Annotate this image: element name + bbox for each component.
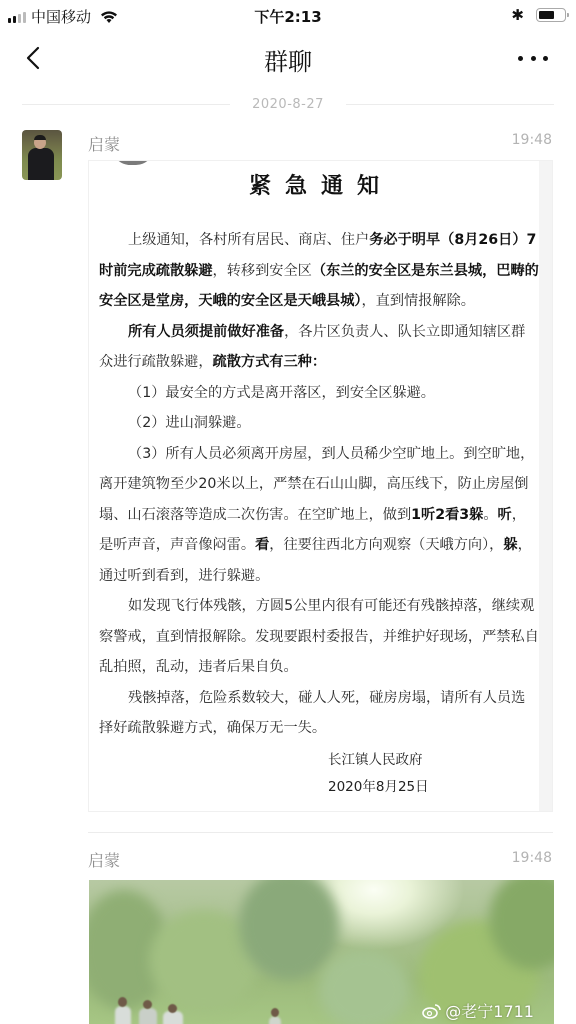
document-paragraph: 残骸掉落，危险系数较大，碰人人死，碰房房塌，请所有人员选择好疏散躲避方式，确保万… (99, 683, 539, 744)
document-paragraph: （3）所有人员必须离开房屋，到人员稀少空旷地上。到空旷地，离开建筑物至少20米以… (99, 439, 539, 592)
paragraph-text: 如发现飞行体残骸，方圆5公里内很有可能还有残骸掉落，继续观察警戒，直到情报解除。… (99, 598, 539, 675)
paragraph-text: （1）最安全的方式是离开落区，到安全区躲避。 (128, 385, 435, 401)
paragraph-text: ，转移到安全区 (213, 263, 312, 279)
document-image[interactable]: 紧急通知 上级通知，各村所有居民、商店、住户务必于明早（8月26日）7时前完成疏… (88, 160, 553, 812)
emphasis-text: 所有人员须提前做好准备 (128, 324, 284, 340)
message-time: 19:48 (512, 132, 552, 148)
sender-name[interactable]: 启蒙 (88, 132, 120, 155)
signature-date: 2020年8月25日 (328, 774, 429, 801)
signature-org: 长江镇人民政府 (328, 747, 429, 774)
emphasis-text: 躲 (503, 537, 517, 553)
paragraph-text: 残骸掉落，危险系数较大，碰人人死，碰房房塌，请所有人员选择好疏散躲避方式，确保万… (99, 690, 525, 737)
wechat-group-chat-screen: 中国移动 下午2:13 ✱ 群聊 2020-8-27 (0, 0, 576, 1024)
divider (346, 104, 554, 105)
document-body: 上级通知，各村所有居民、商店、住户务必于明早（8月26日）7时前完成疏散躲避，转… (99, 225, 539, 744)
divider (22, 104, 230, 105)
emphasis-text: 疏散方式有三种： (213, 354, 327, 370)
nav-bar: 群聊 (0, 32, 576, 84)
sender-name[interactable]: 启蒙 (88, 848, 120, 871)
page-title: 群聊 (0, 42, 576, 77)
document-paragraph: 如发现飞行体残骸，方圆5公里内很有可能还有残骸掉落，继续观察警戒，直到情报解除。… (99, 591, 539, 683)
paragraph-text: 上级通知，各村所有居民、商店、住户 (128, 232, 369, 248)
battery-icon (536, 8, 566, 22)
emphasis-text: 看 (255, 537, 269, 553)
paragraph-text: 。 (483, 507, 497, 523)
message-time: 19:48 (512, 850, 552, 866)
watermark: @老宁1711 (422, 999, 534, 1022)
document-paragraph: （1）最安全的方式是离开落区，到安全区躲避。 (99, 378, 539, 409)
document-paragraph: 上级通知，各村所有居民、商店、住户务必于明早（8月26日）7时前完成疏散躲避，转… (99, 225, 539, 317)
document-signature: 长江镇人民政府 2020年8月25日 (328, 747, 429, 801)
emphasis-text: 听 (498, 507, 512, 523)
document-paragraph: 所有人员须提前做好准备，各片区负责人、队长立即通知辖区群众进行疏散躲避，疏散方式… (99, 317, 539, 378)
paragraph-text: ，往要往西北方向观察（天峨方向）， (269, 537, 503, 553)
emphasis-text: 1听2看3躲 (411, 507, 483, 523)
photo-attachment[interactable]: @老宁1711 (89, 880, 554, 1024)
avatar[interactable] (22, 130, 62, 180)
date-label: 2020-8-27 (230, 97, 346, 112)
document-paragraph: （2）进山洞躲避。 (99, 408, 539, 439)
message-divider (88, 832, 553, 833)
more-button[interactable] (518, 46, 548, 70)
status-time: 下午2:13 (0, 6, 576, 27)
paragraph-text: （2）进山洞躲避。 (128, 415, 251, 431)
paragraph-text: ，直到情报解除。 (361, 293, 475, 309)
bluetooth-icon: ✱ (511, 6, 524, 24)
weibo-icon (422, 1003, 442, 1019)
status-bar: 中国移动 下午2:13 ✱ (0, 0, 576, 32)
status-right: ✱ (511, 6, 566, 24)
document-title: 紧急通知 (89, 169, 539, 200)
date-separator: 2020-8-27 (22, 94, 554, 114)
watermark-text: @老宁1711 (445, 999, 534, 1022)
more-dots-icon (518, 56, 523, 61)
